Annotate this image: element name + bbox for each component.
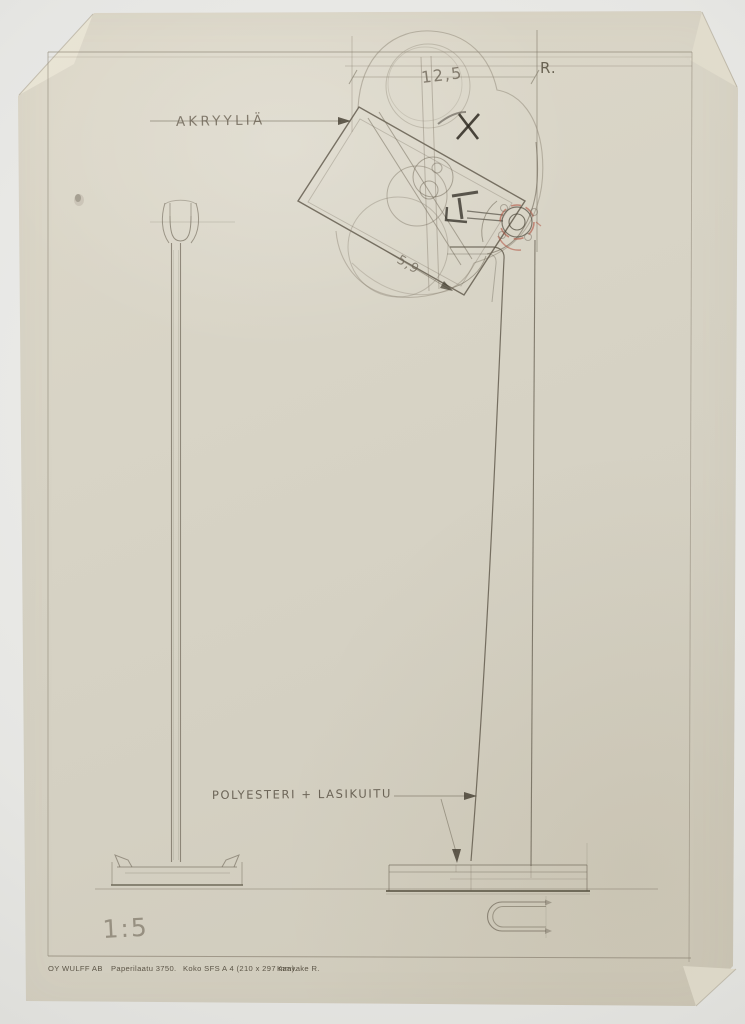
- footer-paper-grade: Paperilaatu 3750.: [111, 964, 176, 973]
- footer-company: OY WULFF AB: [48, 964, 103, 973]
- paper-sheet: [0, 0, 745, 1024]
- footer-form-code: Kaavake R.: [277, 964, 320, 973]
- printed-form-footer: OY WULFF AB Paperilaatu 3750. Koko SFS A…: [0, 964, 745, 978]
- scanned-drawing-page: AKRYYLIÄ POLYESTERI + LASIKUITU 12,5 5,9…: [0, 0, 745, 1024]
